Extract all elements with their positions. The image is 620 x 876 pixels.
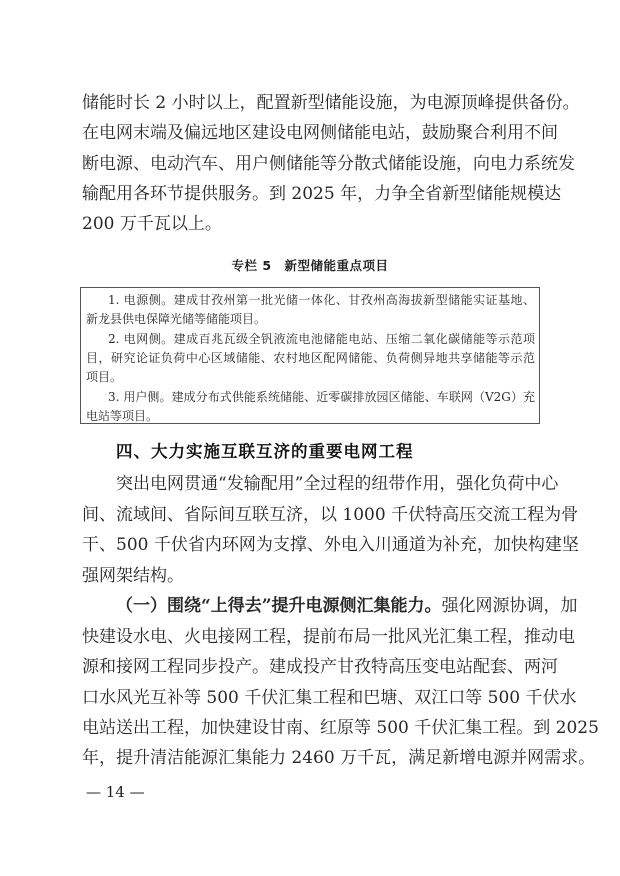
body-text-inline: 强化网源协调，加 [442, 596, 578, 616]
body-text-line: 储能时长 2 小时以上，配置新型储能设施，为电源顶峰提供备份。 [82, 92, 538, 114]
body-text-line: 口水风光互补等 500 千伏汇集工程和巴塘、双江口等 500 千伏水 [82, 687, 538, 709]
body-text-line: （一）围绕“上得去”提升电源侧汇集能力。强化网源协调，加 [82, 595, 538, 617]
body-text-line: 间、流域间、省际间互联互济，以 1000 千伏特高压交流工程为骨 [82, 504, 538, 526]
subsection-heading: （一）围绕“上得去”提升电源侧汇集能力。 [116, 596, 442, 616]
body-text-line: 突出电网贯通“发输配用”全过程的纽带作用，强化负荷中心 [82, 473, 538, 495]
body-text-line: 在电网末端及偏远地区建设电网侧储能电站，鼓励聚合利用不间 [82, 122, 538, 144]
box-text-line: 1. 电源侧。建成甘孜州第一批光储一体化、甘孜州高海拔新型储能实证基地、 [86, 292, 535, 308]
body-text-line: 源和接网工程同步投产。建成投产甘孜特高压变电站配套、两河 [82, 656, 538, 678]
body-text-line: 快建设水电、火电接网工程，提前布局一批风光汇集工程，推动电 [82, 626, 538, 648]
document-page: 储能时长 2 小时以上，配置新型储能设施，为电源顶峰提供备份。 在电网末端及偏远… [0, 0, 620, 876]
body-text-line: 强网架结构。 [82, 565, 538, 587]
box-text-line: 新龙县供电保障光储等储能项目。 [86, 311, 535, 327]
box-text-line: 2. 电网侧。建成百兆瓦级全钒液流电池储能电站、压缩二氧化碳储能等示范项 [86, 331, 535, 347]
body-text-line: 年，提升清洁能源汇集能力 2460 万千瓦，满足新增电源并网需求。 [82, 747, 538, 769]
page-number: — 14 — [86, 783, 145, 801]
box-text-line: 目，研究论证负荷中心区域储能、农村地区配网储能、负荷侧异地共享储能等示范 [86, 350, 535, 366]
section-heading: 四、大力实施互联互济的重要电网工程 [116, 441, 414, 463]
body-text-line: 200 万千瓦以上。 [82, 213, 538, 235]
box-text-line: 项目。 [86, 369, 535, 385]
box-text-line: 3. 用户侧。建成分布式供能系统储能、近零碳排放园区储能、车联网（V2G）充 [86, 389, 535, 405]
box-title: 专栏 5 新型储能重点项目 [0, 256, 620, 274]
body-text-line: 输配用各环节提供服务。到 2025 年，力争全省新型储能规模达 [82, 183, 538, 205]
body-text-line: 干、500 千伏省内环网为支撑、外电入川通道为补充，加快构建坚 [82, 534, 538, 556]
body-text-line: 断电源、电动汽车、用户侧储能等分散式储能设施，向电力系统发 [82, 153, 538, 175]
box-text-line: 电站等项目。 [86, 408, 535, 424]
body-text-line: 电站送出工程，加快建设甘南、红原等 500 千伏汇集工程。到 2025 [82, 717, 538, 739]
